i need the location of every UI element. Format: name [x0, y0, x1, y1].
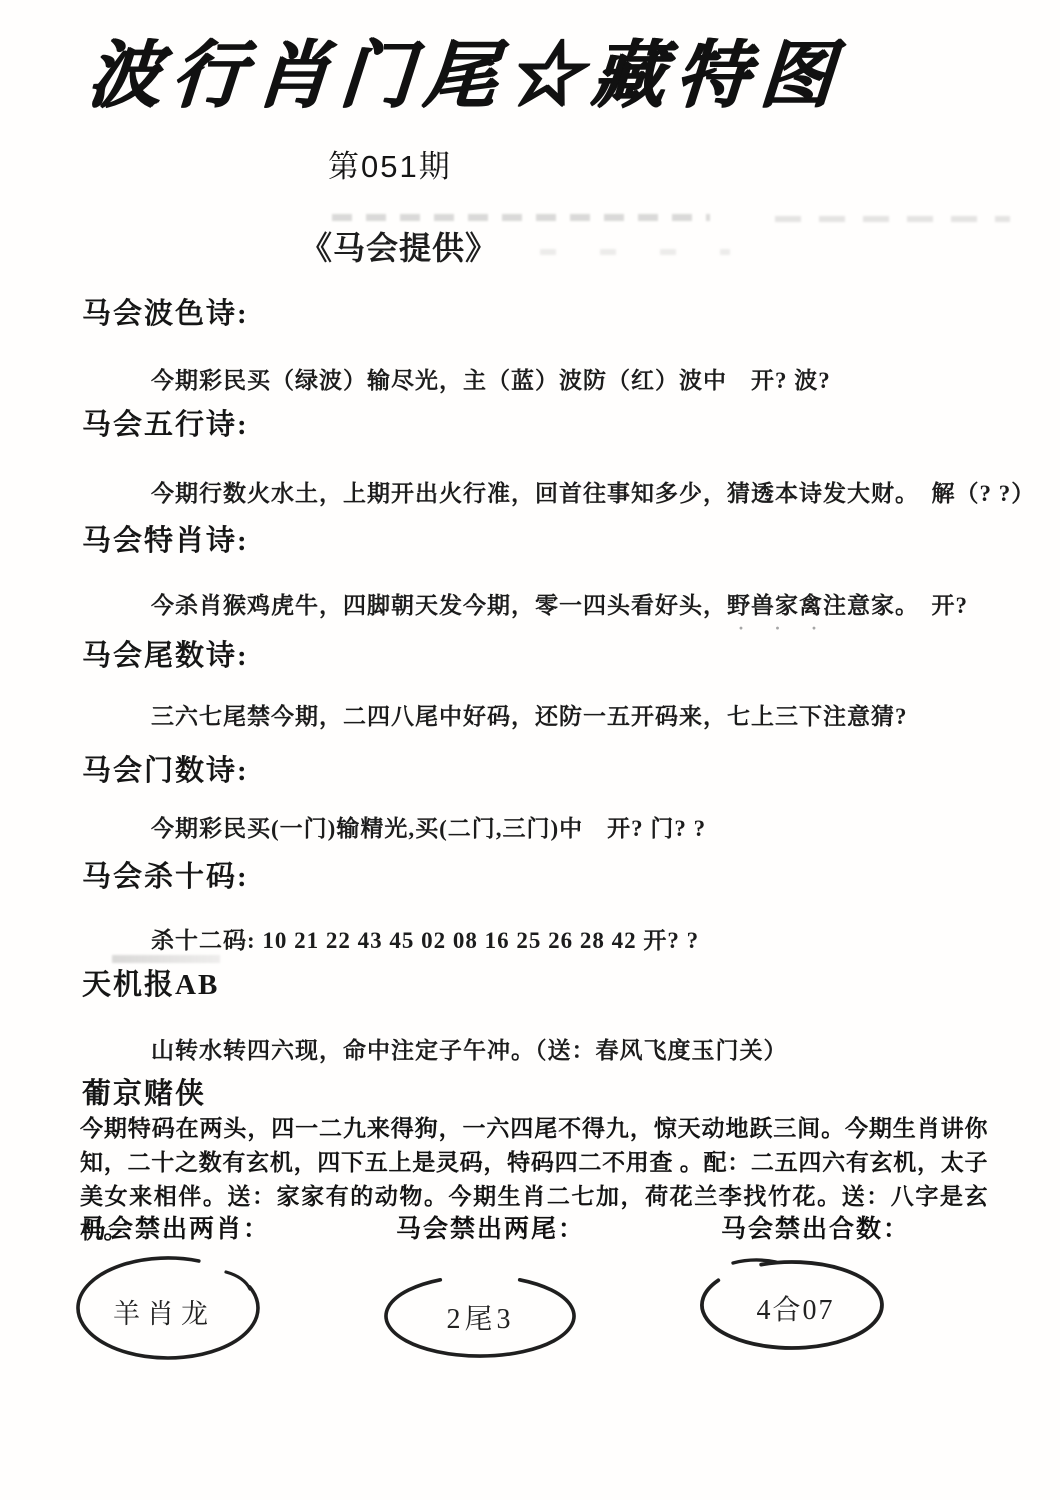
section-heading-wuxing: 马会五行诗: — [82, 402, 249, 443]
forbidden-tail-label: 马会禁出两尾： — [396, 1209, 585, 1245]
hand-drawn-oval-hook-icon — [226, 1272, 250, 1289]
forbidden-tail-value: 2尾3 — [418, 1297, 543, 1337]
section-heading-weishu: 马会尾数诗: — [82, 633, 249, 674]
page-title: 波行肖门尾☆藏特图 — [84, 16, 847, 121]
scan-dots: · · · — [738, 618, 830, 639]
poem-line-wuxing: 今期行数火水土，上期开出火行准，回首往事知多少，猜透本诗发大财。 解（? ?） — [151, 475, 1035, 508]
issue-number: 第051期 — [328, 141, 452, 186]
scan-smudge — [540, 249, 730, 255]
section-heading-menshu: 马会门数诗: — [82, 748, 249, 789]
poem-line-bose: 今期彩民买（绿波）输尽光，主（蓝）波防（红）波中 开? 波? — [151, 362, 831, 395]
scanned-tip-sheet: · · · 波行肖门尾☆藏特图 第051期 《马会提供》 马会波色诗: 今期彩民… — [0, 0, 1060, 1500]
tianji-line: 山转水转四六现，命中注定子午冲。（送：春风飞度玉门关） — [151, 1032, 788, 1065]
poem-line-weishu: 三六七尾禁今期，二四八尾中好码，还防一五开码来，七上三下注意猜? — [151, 698, 908, 731]
poem-line-texiao: 今杀肖猴鸡虎牛，四脚朝天发今期，零一四头看好头，野兽家禽注意家。 开? — [151, 587, 968, 620]
forbidden-sum-value: 4合07 — [733, 1288, 858, 1328]
section-heading-texiao: 马会特肖诗: — [82, 518, 249, 559]
provider-line: 《马会提供》 — [300, 223, 498, 269]
kill-numbers-line: 杀十二码: 10 21 22 43 45 02 08 16 25 26 28 4… — [151, 922, 699, 955]
pujing-heading: 葡京赌侠 — [82, 1071, 206, 1112]
section-heading-tianji: 天机报AB — [82, 962, 219, 1003]
section-heading-shashima: 马会杀十码: — [82, 854, 249, 895]
scan-smudge — [332, 214, 710, 221]
forbidden-zodiac-label: 马会禁出两肖： — [81, 1209, 270, 1245]
forbidden-zodiac-value: 羊肖龙 — [98, 1292, 230, 1331]
hand-drawn-oval-hook-icon — [733, 1260, 776, 1263]
forbidden-sum-label: 马会禁出合数： — [721, 1209, 910, 1245]
section-heading-bose: 马会波色诗: — [82, 291, 249, 332]
poem-line-menshu: 今期彩民买(一门)输精光,买(二门,三门)中 开? 门? ? — [151, 810, 706, 843]
scan-smudge — [775, 216, 1010, 222]
